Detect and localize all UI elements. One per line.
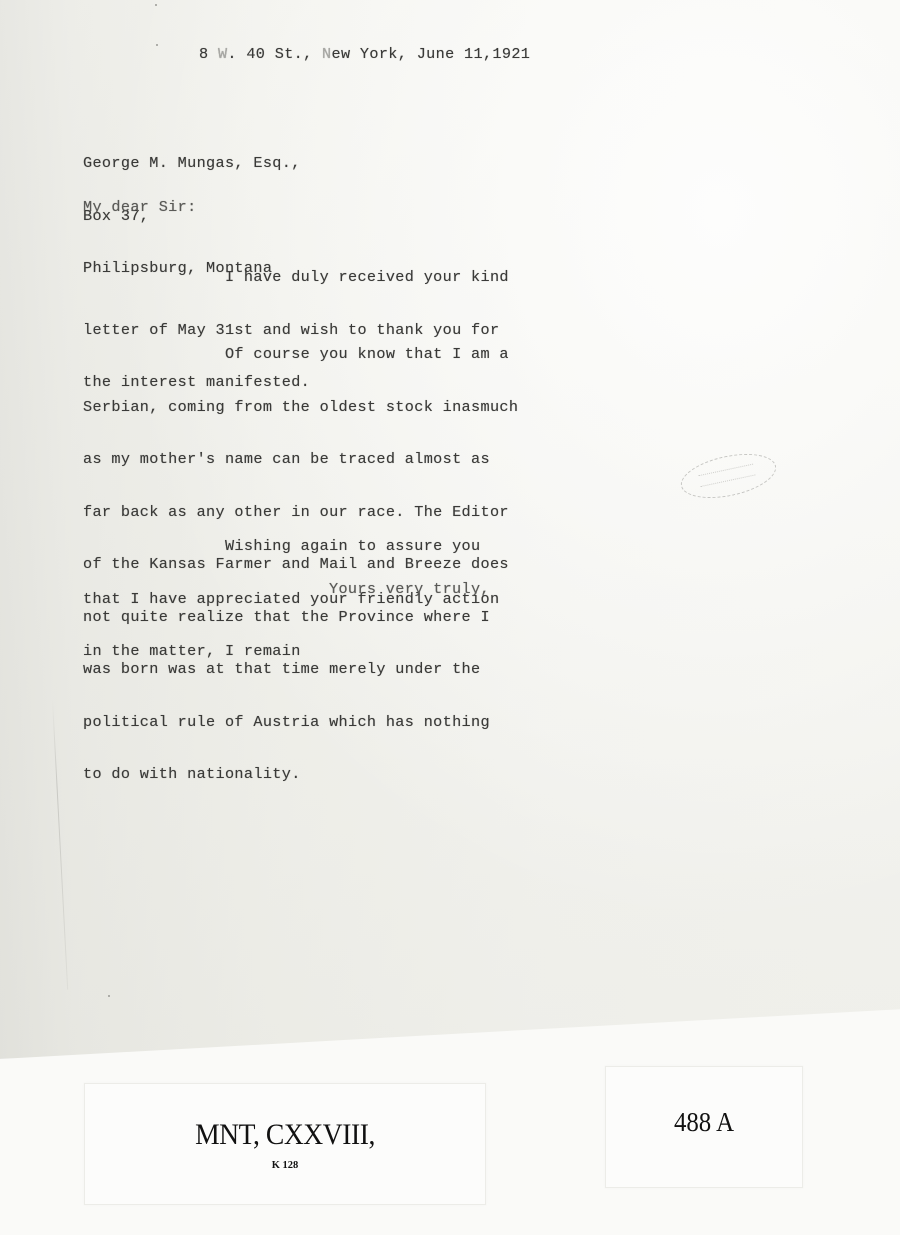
letter-closing: Yours very truly, bbox=[329, 581, 490, 599]
dateline-number: 8 bbox=[199, 45, 218, 63]
letter-sheet: 8 W. 40 St., New York, June 11,1921 Geor… bbox=[0, 0, 900, 1059]
paragraph-line: in the matter, I remain bbox=[83, 643, 499, 661]
ink-speck bbox=[155, 4, 157, 6]
oval-ink-stamp-icon bbox=[677, 446, 780, 505]
paragraph-line: Wishing again to assure you bbox=[83, 538, 499, 556]
collection-reference: MNT, CXXVIII, bbox=[101, 1118, 469, 1152]
paragraph-line: Serbian, coming from the oldest stock in… bbox=[83, 399, 518, 417]
stamp-text-smudge bbox=[698, 464, 755, 487]
recipient-name: George M. Mungas, Esq., bbox=[83, 155, 301, 173]
letter-dateline: 8 W. 40 St., New York, June 11,1921 bbox=[199, 46, 530, 64]
paragraph-line: Of course you know that I am a bbox=[83, 346, 518, 364]
letter-paragraph-3: Wishing again to assure you that I have … bbox=[83, 503, 499, 696]
dateline-faint-letter: N bbox=[322, 45, 331, 63]
paragraph-line: as my mother's name can be traced almost… bbox=[83, 451, 518, 469]
paragraph-line: I have duly received your kind bbox=[83, 269, 509, 287]
dateline-street: . 40 St., bbox=[227, 45, 322, 63]
collection-label: MNT, CXXVIII, K 128 bbox=[84, 1083, 486, 1205]
box-reference: K 128 bbox=[85, 1160, 485, 1171]
item-number: 488 A bbox=[614, 1107, 794, 1138]
ink-speck bbox=[156, 44, 158, 46]
paragraph-line: to do with nationality. bbox=[83, 766, 518, 784]
ink-speck bbox=[108, 995, 110, 997]
salutation: My dear Sir: bbox=[83, 199, 197, 217]
dateline-faint-letter: W bbox=[218, 45, 227, 63]
dateline-city-date: ew York, June 11,1921 bbox=[332, 45, 531, 63]
item-number-label: 488 A bbox=[605, 1066, 803, 1188]
paragraph-line: political rule of Austria which has noth… bbox=[83, 714, 518, 732]
paper-crease bbox=[52, 700, 68, 990]
